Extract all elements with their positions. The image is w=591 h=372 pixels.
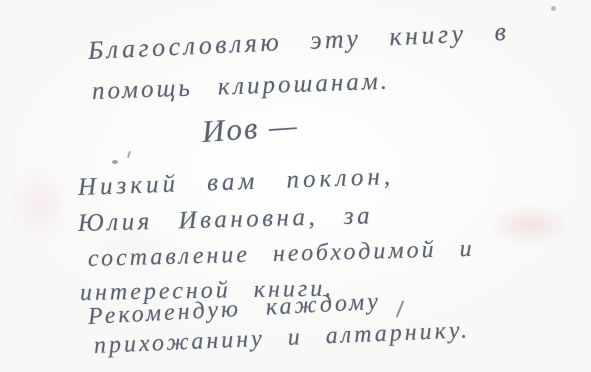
handwriting-line-blessing-2: помощь клирошанам. xyxy=(92,68,391,106)
stray-pen-stroke xyxy=(396,300,405,317)
signature: Иов — xyxy=(201,107,300,150)
handwriting-line-blessing-1: Благословляю эту книгу в xyxy=(87,17,510,66)
ink-speck xyxy=(112,160,118,164)
handwriting-line-thanks-2: Юлия Ивановна, за xyxy=(78,202,374,238)
handwriting-line-thanks-3: составление необходимой и xyxy=(88,236,475,273)
handwriting-line-thanks-1: Низкий вам поклон, xyxy=(78,163,395,202)
scan-artifact-speck xyxy=(551,6,556,11)
scanned-note-page: Благословляю эту книгу в помощь клирошан… xyxy=(0,0,591,372)
pen-tick-mark xyxy=(127,151,131,158)
